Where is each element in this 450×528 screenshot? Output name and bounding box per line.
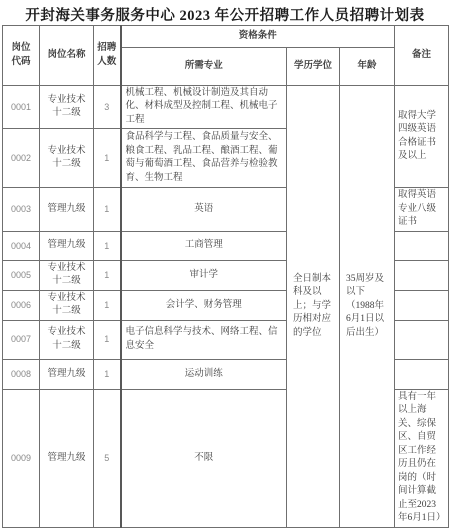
recruitment-plan-table: 岗位代码 岗位名称 招聘人数 资格条件 备注 所需专业 学历学位 年龄 0001… [2,25,449,528]
col-header-age-label: 年龄 [358,61,377,71]
cell-count-0001: 3 [94,86,121,129]
table-row: 0001 专业技术十二级 3 机械工程、机械设计制造及其自动化、材料成型及控制工… [3,86,449,129]
cell-major-0009: 不限 [121,389,287,527]
cell-remark-0001: 取得大学四级英语合格证书及以上 [395,86,449,188]
col-header-count-label: 招聘人数 [97,42,117,69]
col-header-name-label: 岗位名称 [47,50,85,60]
cell-major-0007: 电子信息科学与技术、网络工程、信息安全 [121,320,287,359]
cell-code-0002: 0002 [3,129,40,188]
document-title: 开封海关事务服务中心 2023 年公开招聘工作人员招聘计划表 [0,0,450,25]
cell-count-0006: 1 [94,290,121,320]
cell-count-0002: 1 [94,129,121,188]
cell-name-0006: 专业技术十二级 [40,290,94,320]
cell-major-0004: 工商管理 [121,231,287,260]
cell-age-shared: 35周岁及以下（1988年6月1日以后出生） [340,86,395,528]
cell-name-0009: 管理九级 [40,389,94,527]
col-header-code: 岗位代码 [3,26,40,86]
cell-code-0007: 0007 [3,320,40,359]
col-header-qualification-label: 资格条件 [239,31,277,41]
cell-remark-0008 [395,359,449,389]
cell-major-0006: 会计学、财务管理 [121,290,287,320]
cell-remark-0006 [395,290,449,320]
col-header-code-label: 岗位代码 [11,42,31,69]
cell-name-0007: 专业技术十二级 [40,320,94,359]
cell-code-0009: 0009 [3,389,40,527]
cell-count-0004: 1 [94,231,121,260]
cell-count-0007: 1 [94,320,121,359]
cell-code-0005: 0005 [3,260,40,290]
cell-code-0003: 0003 [3,188,40,231]
cell-degree-shared: 全日制本科及以上；与学历相对应的学位 [287,86,340,528]
cell-code-0004: 0004 [3,231,40,260]
cell-major-0002: 食品科学与工程、食品质量与安全、粮食工程、乳品工程、酿酒工程、葡萄与葡萄酒工程、… [121,129,287,188]
cell-remark-0009: 具有一年以上海关、综保区、自贸区工作经历且仍在岗的（时间计算截止至2023年6月… [395,389,449,527]
cell-major-0001: 机械工程、机械设计制造及其自动化、材料成型及控制工程、机械电子工程 [121,86,287,129]
cell-remark-0003: 取得英语专业八级证书 [395,188,449,231]
col-header-major: 所需专业 [121,48,287,86]
header-row-1: 岗位代码 岗位名称 招聘人数 资格条件 备注 [3,26,449,48]
cell-name-0001: 专业技术十二级 [40,86,94,129]
cell-code-0001: 0001 [3,86,40,129]
cell-name-0008: 管理九级 [40,359,94,389]
col-header-age: 年龄 [340,48,395,86]
cell-count-0003: 1 [94,188,121,231]
cell-major-0005: 审计学 [121,260,287,290]
cell-remark-0004 [395,231,449,260]
col-header-qualification: 资格条件 [121,26,395,48]
col-header-count: 招聘人数 [94,26,121,86]
cell-name-0004: 管理九级 [40,231,94,260]
cell-name-0002: 专业技术十二级 [40,129,94,188]
col-header-name: 岗位名称 [40,26,94,86]
cell-count-0008: 1 [94,359,121,389]
cell-name-0005: 专业技术十二级 [40,260,94,290]
cell-remark-0007 [395,320,449,359]
cell-name-0003: 管理九级 [40,188,94,231]
cell-count-0009: 5 [94,389,121,527]
cell-code-0006: 0006 [3,290,40,320]
cell-major-0003: 英语 [121,188,287,231]
cell-code-0008: 0008 [3,359,40,389]
col-header-degree: 学历学位 [287,48,340,86]
col-header-degree-label: 学历学位 [294,61,332,71]
cell-major-0008: 运动训练 [121,359,287,389]
col-header-major-label: 所需专业 [185,61,223,71]
cell-count-0005: 1 [94,260,121,290]
col-header-remark: 备注 [395,26,449,86]
col-header-remark-label: 备注 [412,50,431,60]
cell-remark-0005 [395,260,449,290]
